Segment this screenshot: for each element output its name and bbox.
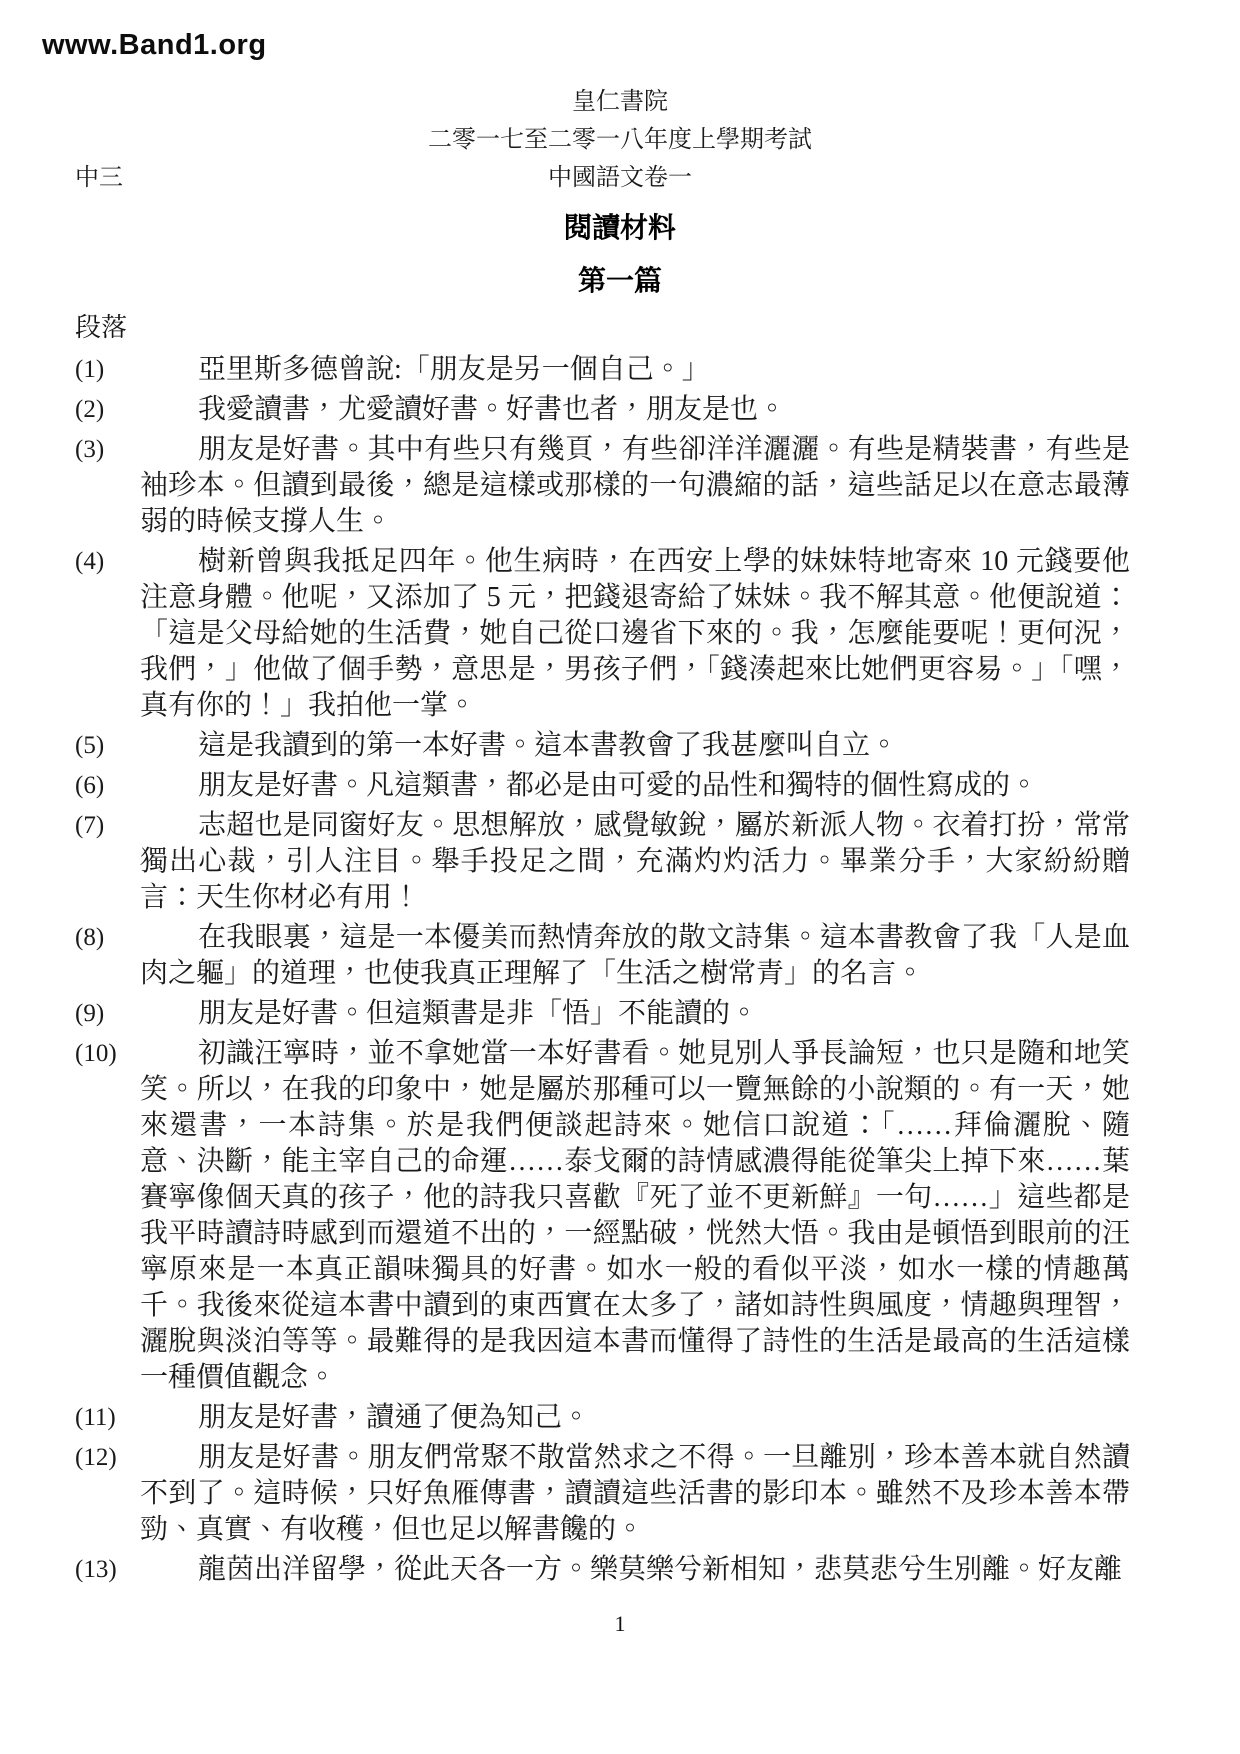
paragraph-text: 朋友是好書。凡這類書，都必是由可愛的品性和獨特的個性寫成的。 [140,768,1130,804]
paragraph-row: (1) 亞里斯多德曾說:「朋友是另一個自己。」 [0,352,1240,388]
paragraph-number: (7) [75,808,104,844]
paragraph-number: (11) [75,1400,116,1436]
paragraph-row: (2) 我愛讀書，尤愛讀好書。好書也者，朋友是也。 [0,392,1240,428]
watermark-text: www.Band1.org [42,30,1240,60]
paragraph-list: (1) 亞里斯多德曾說:「朋友是另一個自己。」 (2) 我愛讀書，尤愛讀好書。好… [0,352,1240,1588]
paragraph-row: (13) 龍茵出洋留學，從此天各一方。樂莫樂兮新相知，悲莫悲兮生別離。好友離 [0,1552,1240,1588]
paragraph-text: 在我眼裏，這是一本優美而熱情奔放的散文詩集。這本書教會了我「人是血肉之軀」的道理… [140,920,1130,992]
paper-title-row: 中三 中國語文卷一 [0,159,1240,197]
paragraph-number: (4) [75,544,104,580]
class-level: 中三 [75,159,123,197]
paragraph-number: (6) [75,768,104,804]
paragraph-row: (7) 志超也是同窗好友。思想解放，感覺敏銳，屬於新派人物。衣着打扮，常常獨出心… [0,808,1240,916]
paragraph-row: (4) 樹新曾與我抵足四年。他生病時，在西安上學的妹妹特地寄來 10 元錢要他注… [0,544,1240,724]
paragraph-text: 朋友是好書。其中有些只有幾頁，有些卻洋洋灑灑。有些是精裝書，有些是袖珍本。但讀到… [140,432,1130,540]
paragraph-text: 志超也是同窗好友。思想解放，感覺敏銳，屬於新派人物。衣着打扮，常常獨出心裁，引人… [140,808,1130,916]
paragraph-text: 朋友是好書。朋友們常聚不散當然求之不得。一旦離別，珍本善本就自然讀不到了。這時候… [140,1440,1130,1548]
paragraph-row: (6) 朋友是好書。凡這類書，都必是由可愛的品性和獨特的個性寫成的。 [0,768,1240,804]
page-number: 1 [0,1612,1240,1636]
paragraph-text: 龍茵出洋留學，從此天各一方。樂莫樂兮新相知，悲莫悲兮生別離。好友離 [140,1552,1130,1588]
paragraph-text: 我愛讀書，尤愛讀好書。好書也者，朋友是也。 [140,392,1130,428]
paragraph-row: (11) 朋友是好書，讀通了便為知己。 [0,1400,1240,1436]
exam-paper-page: www.Band1.org 皇仁書院 二零一七至二零一八年度上學期考試 中三 中… [0,0,1240,1754]
paragraph-number: (5) [75,728,104,764]
paragraph-row: (10) 初識汪寧時，並不拿她當一本好書看。她見別人爭長論短，也只是隨和地笑笑。… [0,1036,1240,1396]
paragraphs-label: 段落 [75,310,1240,346]
paragraph-text: 朋友是好書。但這類書是非「悟」不能讀的。 [140,996,1130,1032]
paragraph-number: (9) [75,996,104,1032]
paragraph-row: (8) 在我眼裏，這是一本優美而熱情奔放的散文詩集。這本書教會了我「人是血肉之軀… [0,920,1240,992]
section-title: 閱讀材料 [0,210,1240,248]
exam-title: 二零一七至二零一八年度上學期考試 [0,121,1240,159]
paragraph-row: (3) 朋友是好書。其中有些只有幾頁，有些卻洋洋灑灑。有些是精裝書，有些是袖珍本… [0,432,1240,540]
paragraph-row: (12) 朋友是好書。朋友們常聚不散當然求之不得。一旦離別，珍本善本就自然讀不到… [0,1440,1240,1548]
paper-title: 中國語文卷一 [548,165,692,191]
school-name: 皇仁書院 [0,83,1240,121]
paragraph-number: (8) [75,920,104,956]
paragraph-number: (12) [75,1440,117,1476]
paragraph-number: (2) [75,392,104,428]
paragraph-text: 亞里斯多德曾說:「朋友是另一個自己。」 [140,352,1130,388]
paragraph-text: 朋友是好書，讀通了便為知己。 [140,1400,1130,1436]
paragraph-number: (10) [75,1036,117,1072]
paragraph-row: (5) 這是我讀到的第一本好書。這本書教會了我甚麼叫自立。 [0,728,1240,764]
paragraph-row: (9) 朋友是好書。但這類書是非「悟」不能讀的。 [0,996,1240,1032]
passage-heading: 第一篇 [0,263,1240,301]
paragraph-number: (13) [75,1552,117,1588]
paragraph-text: 初識汪寧時，並不拿她當一本好書看。她見別人爭長論短，也只是隨和地笑笑。所以，在我… [140,1036,1130,1396]
paragraph-number: (1) [75,352,104,388]
paragraph-text: 這是我讀到的第一本好書。這本書教會了我甚麼叫自立。 [140,728,1130,764]
paragraph-text: 樹新曾與我抵足四年。他生病時，在西安上學的妹妹特地寄來 10 元錢要他注意身體。… [140,544,1130,724]
paragraph-number: (3) [75,432,104,468]
